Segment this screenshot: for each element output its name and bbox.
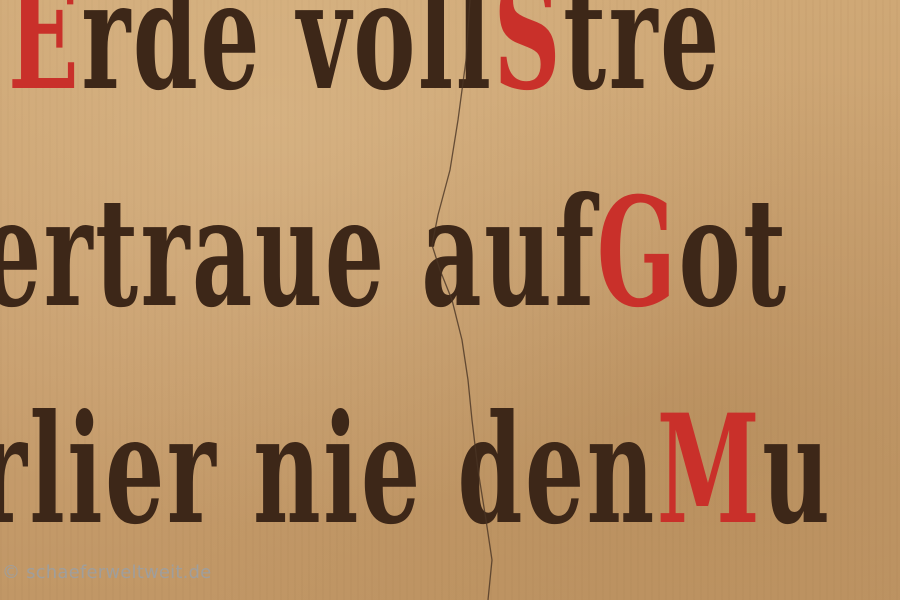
- crack-line: [0, 0, 900, 600]
- painted-board: Erde voll Stre ertraue auf Got rlier nie…: [0, 0, 900, 600]
- watermark: © schaeferweltweit.de: [2, 562, 211, 583]
